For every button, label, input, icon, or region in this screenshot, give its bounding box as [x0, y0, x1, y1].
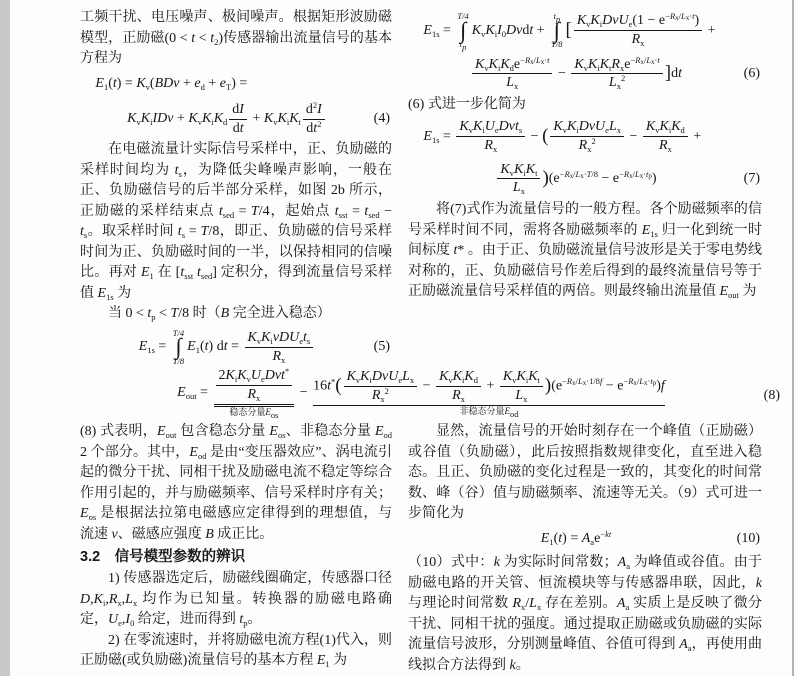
equation-6-number: (6)	[744, 63, 760, 84]
equation-8-body: Eout = 2KiKvUeDνt*Rx稳态分量Eos − 16t*(KvKiD…	[177, 385, 667, 400]
paragraph-sampling: 在电磁流量计实际信号采样中，正、负励磁的采样时间均为 ts，为降低尖峰噪声影响，…	[80, 140, 392, 304]
paragraph-general-equation: 将(7)式作为流量信号的一般方程。各个励磁频率的信号采样时间不同，需将各励磁频率…	[408, 200, 762, 303]
condition-steady: 当 0 < tp < T/8 时（B 完全进入稳态）	[80, 304, 392, 325]
equation-7-line2: KvKiKtLx)(e−Rx/Lx·T/8 − e−Rx/Lx·tp) (7)	[408, 158, 762, 200]
equation-5-body: E1s = T/4∫T/8E1(t) dt = KvKiνDUetsRx	[139, 339, 315, 354]
right-column-bottom: 显然，流量信号的开始时刻存在一个峰值（正励磁）或谷值（负励磁），此后按照指数规律…	[408, 422, 762, 676]
equation-7-part1: E1s = KvKiUeDνtsRx − (KvKiDνUeLxRx2 − Kv…	[423, 129, 701, 144]
equation-4-rhs: KvKiIDν + KvKiKddIdt + KvKiKtd2Idt2	[127, 111, 327, 126]
equation-4-line2: KvKiIDν + KvKiKddIdt + KvKiKtd2Idt2 (4)	[80, 98, 392, 140]
equation-6-part1: E1s = T/4∫tpKvKiI0Dνdt + tp∫T/8[KvKiDνUe…	[423, 23, 715, 38]
paragraph-eq8-explain: (8) 式表明，Eout 包含稳态分量 Eos、非稳态分量 Eod 2 个部分。…	[80, 422, 392, 545]
equation-8: Eout = 2KiKvUeDνt*Rx稳态分量Eos − 16t*(KvKiD…	[80, 364, 782, 428]
equation-5-number: (5)	[374, 337, 390, 358]
paper-page: 工频干扰、电压噪声、极间噪声。根据矩形波励磁模型，正励磁(0 < t < t2)…	[0, 0, 797, 676]
equation-6-line1: E1s = T/4∫tpKvKiI0Dνdt + tp∫T/8[KvKiDνUe…	[408, 8, 762, 53]
equation-7-part2: KvKiKtLx)(e−Rx/Lx·T/8 − e−Rx/Lx·tp)	[495, 171, 656, 186]
paragraph-eq10-explain: （10）式中：k 为实际时间常数；Aa 为峰值或谷值。由于励磁电路的开关管、恒流…	[408, 553, 762, 676]
equation-6-part2: KvKiKde−Rx/Lx·tLx − KvKiKtRxe−Rx/Lx·tLx2…	[470, 66, 682, 81]
paragraph-item-1: 1) 传感器选定后，励磁线圈确定，传感器口径 D,Ki,Rx,Lx 均作为已知量…	[80, 569, 392, 631]
right-column-top: E1s = T/4∫tpKvKiI0Dνdt + tp∫T/8[KvKiDνUe…	[408, 8, 762, 364]
equation-10: E1(t) = Aae−kt (10)	[408, 525, 762, 554]
paragraph-noise-model: 工频干扰、电压噪声、极间噪声。根据矩形波励磁模型，正励磁(0 < t < t2)…	[80, 8, 392, 70]
scan-left-edge	[0, 0, 10, 676]
equation-10-body: E1(t) = Aae−kt	[541, 531, 611, 546]
equation-7-number: (7)	[744, 169, 760, 190]
left-column-bottom: (8) 式表明，Eout 包含稳态分量 Eos、非稳态分量 Eod 2 个部分。…	[80, 422, 392, 676]
equation-7-line1: E1s = KvKiUeDνtsRx − (KvKiDνUeLxRx2 − Kv…	[408, 115, 762, 157]
equation-4-lhs: E1(t) = Kv(BDν + ed + eT) =	[95, 76, 247, 91]
section-heading-3-2: 3.2 信号模型参数的辨识	[80, 545, 392, 569]
equation-10-number: (10)	[737, 529, 760, 550]
paragraph-item-2: 2) 在零流速时，并将励磁电流方程(1)代入，则正励磁(或负励磁)流量信号的基本…	[80, 631, 392, 672]
paragraph-peak-valley: 显然，流量信号的开始时刻存在一个峰值（正励磁）或谷值（负励磁），此后按照指数规律…	[408, 422, 762, 525]
scan-right-rule	[792, 0, 794, 676]
left-column-top: 工频干扰、电压噪声、极间噪声。根据矩形波励磁模型，正励磁(0 < t < t2)…	[80, 8, 392, 364]
equation-8-number: (8)	[764, 388, 780, 404]
equation-4-line1: E1(t) = Kv(BDν + ed + eT) =	[80, 70, 392, 99]
equation-5: E1s = T/4∫T/8E1(t) dt = KvKiνDUetsRx (5)	[80, 325, 392, 364]
equation-4-number: (4)	[374, 109, 390, 130]
paragraph-simplify: (6) 式进一步化简为	[408, 95, 762, 116]
equation-6-line2: KvKiKde−Rx/Lx·tLx − KvKiKtRxe−Rx/Lx·tLx2…	[408, 53, 762, 95]
